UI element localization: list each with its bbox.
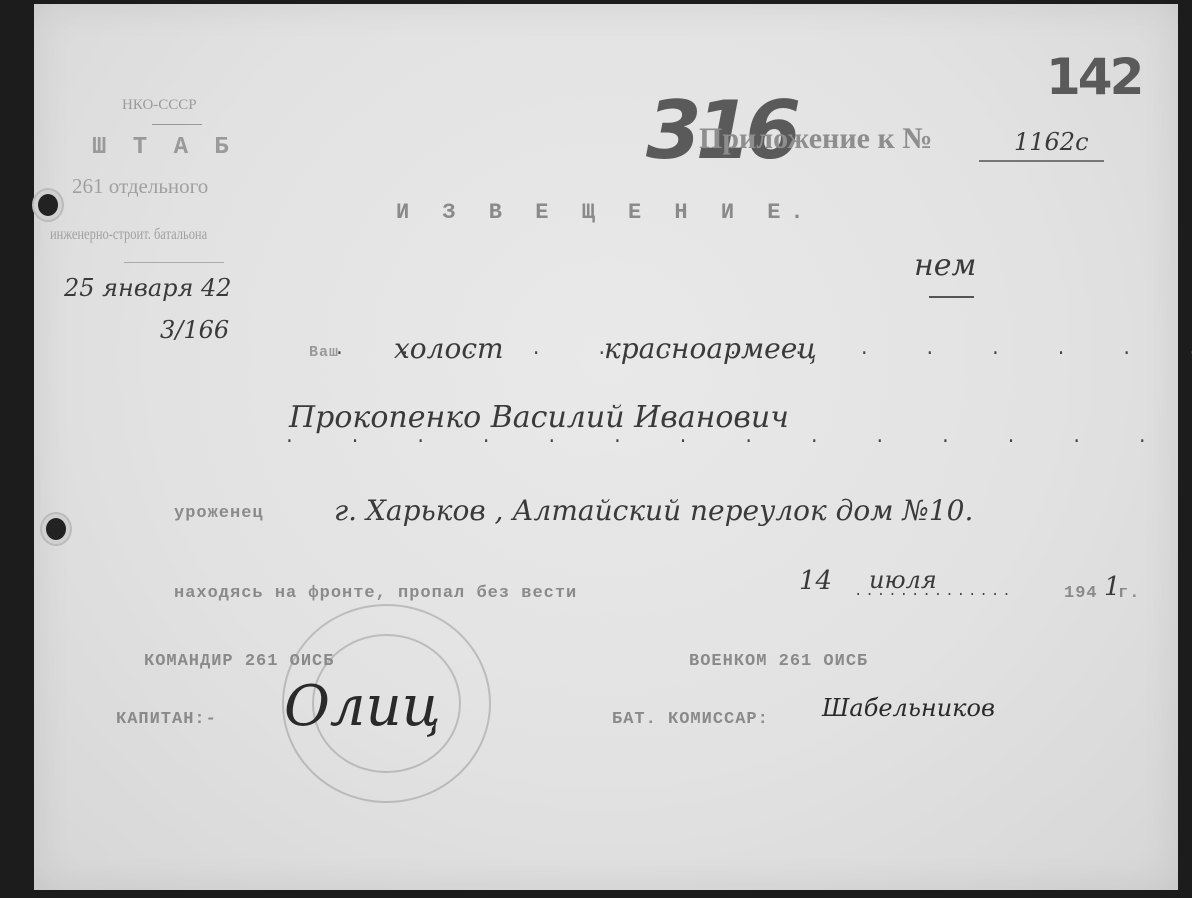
punch-hole-top: [38, 194, 58, 216]
commander-title: КОМАНДИР 261 ОИСБ: [144, 652, 334, 671]
header-date: 25 января 42: [64, 274, 232, 302]
header-number: 3/166: [160, 316, 229, 344]
header-unit-line1: 261 отдельного: [72, 174, 208, 199]
commissar-signature: Шабельников: [822, 694, 995, 722]
month-dotted-line: ..............: [854, 584, 1014, 600]
nationality-note: нем: [914, 248, 976, 283]
note-underline: [929, 296, 974, 298]
missing-text: находясь на фронте, пропал без вести: [174, 584, 577, 603]
addressee-dotted-line: · · · · · · · · · · · · · · · · · · · ·: [334, 344, 1192, 364]
header-title: Ш Т А Б: [92, 134, 235, 161]
commander-signature: Олиц: [284, 674, 441, 739]
annex-label: Приложение к №: [699, 122, 932, 156]
document-page: НКО-СССР Ш Т А Б 261 отдельного инженерн…: [34, 4, 1178, 890]
annex-underline: [979, 160, 1104, 162]
document-title: И З В Е Щ Е Н И Е.: [396, 200, 814, 225]
header-org: НКО-СССР: [122, 97, 197, 114]
commissar-title: ВОЕНКОМ 261 ОИСБ: [689, 652, 868, 671]
archive-page-number: 142: [1046, 48, 1141, 106]
name-dotted-line: · · · · · · · · · · · · · · · · · · · · …: [284, 432, 1192, 452]
missing-day: 14: [799, 566, 832, 596]
header-unit-line2: инженерно-строит. батальона: [50, 226, 207, 244]
annex-number: 1162с: [1014, 128, 1089, 156]
origin-label: уроженец: [174, 504, 264, 523]
full-name: Прокопенко Василий Иванович: [289, 400, 789, 435]
header-divider-2: [124, 262, 224, 263]
missing-year-prefix: 194: [1064, 584, 1098, 603]
commissar-rank: БАТ. КОМИССАР:: [612, 710, 769, 729]
year-label: г.: [1118, 584, 1140, 603]
punch-hole-middle: [46, 518, 66, 540]
commander-rank: КАПИТАН:-: [116, 710, 217, 729]
origin-value: г. Харьков , Алтайский переулок дом №10.: [334, 494, 973, 527]
header-divider: [152, 124, 202, 125]
